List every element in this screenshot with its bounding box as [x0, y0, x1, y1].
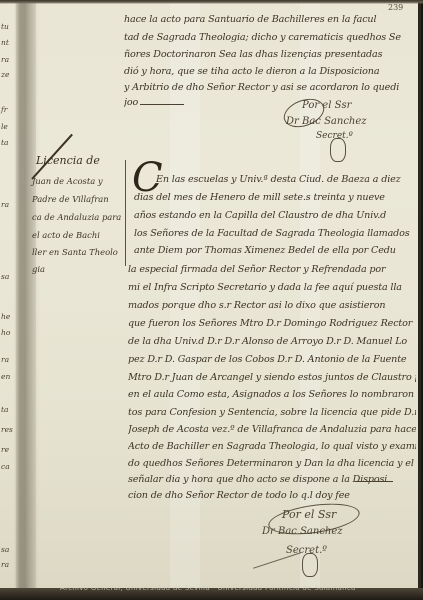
margin-note-line: ller en Santa Theolo	[32, 247, 118, 257]
fragment: ho	[1, 328, 10, 337]
line-filler-rule	[355, 481, 393, 482]
fragment: le	[1, 122, 8, 131]
fragment: ta	[1, 405, 9, 414]
archive-watermark: Archivo General, Universidad de Sevilla …	[60, 584, 370, 594]
text-line: la especial firmada del Señor Rector y R…	[128, 264, 416, 275]
text-line: ñores Doctorinaron Sea las dhas lizençia…	[124, 49, 416, 60]
margin-note-line: el acto de Bachi	[32, 230, 100, 240]
text-line: tad de Sagrada Theologia; dicho y carema…	[124, 32, 416, 43]
text-line: En las escuelas y Univ.ª desta Ciud. de …	[156, 174, 416, 185]
fragment: sa	[1, 545, 9, 554]
signature-line: Por el Ssr	[282, 508, 336, 521]
text-line: Acto de Bachiller en Sagrada Theologia, …	[128, 441, 416, 452]
text-line: en el aula Como esta, Asignados a los Se…	[128, 389, 416, 400]
text-line: dias del mes de Henero de mill sete.s tr…	[134, 192, 416, 203]
book-gutter-shadow	[16, 0, 36, 594]
margin-note-line: Padre de Villafran	[32, 194, 109, 204]
text-line: pez D.r D. Gaspar de los Cobos D.r D. An…	[128, 354, 416, 365]
signature-rubric	[330, 138, 346, 162]
text-line: ante Diem por Thomas Ximenez Bedel de el…	[134, 245, 416, 256]
text-line: cion de dho Señor Rector de todo lo q.l …	[128, 490, 368, 501]
fragment: he	[1, 312, 10, 321]
signature-line: Por el Ssr	[302, 100, 351, 111]
text-line: años estando en la Capilla del Claustro …	[134, 210, 416, 221]
folio-number: 239	[388, 3, 403, 12]
text-line: los Señores de la Facultad de Sagrada Th…	[134, 228, 416, 239]
signature-stroke	[253, 552, 301, 569]
text-line: hace la acto para Santuario de Bachiller…	[124, 14, 416, 25]
scan-top-edge	[0, 0, 423, 4]
signature-line: Dr Bac Sanchez	[262, 526, 343, 537]
fragment: ca	[1, 462, 10, 471]
text-line: do quedhos Señores Determinaron y Dan la…	[128, 458, 416, 469]
signature-line: Dr Bac Sanchez	[286, 116, 367, 127]
fragment: ze	[1, 70, 9, 79]
text-line: que fueron los Señores Mtro D.r Domingo …	[128, 318, 416, 329]
margin-note-line: Juan de Acosta y	[32, 176, 103, 186]
fragment: tu	[1, 22, 9, 31]
fragment: ra	[1, 355, 9, 364]
text-line: de la dha Univ.d D.r D.r Alonso de Arroy…	[128, 336, 416, 347]
text-line: Mtro D.r Juan de Arcangel y siendo estos…	[128, 372, 416, 383]
text-line: dió y hora, que se tiha acto le dieron a…	[124, 66, 416, 77]
text-line: señalar dia y hora que dho acto se dispo…	[128, 474, 416, 485]
fragment: ta	[1, 138, 9, 147]
margin-note-line: gia	[32, 264, 45, 274]
fragment: sa	[1, 272, 9, 281]
fragment: re	[1, 445, 9, 454]
margin-note: Licencia de Juan de Acosta y Padre de Vi…	[28, 150, 130, 268]
fragment: fr	[1, 105, 7, 114]
text-line: tos para Confesion y Sentencia, sobre la…	[128, 407, 416, 418]
text-line: joo	[124, 97, 154, 108]
fragment: ra	[1, 55, 9, 64]
line-filler-rule	[140, 104, 184, 105]
fragment: ra	[1, 560, 9, 569]
fragment: nt	[1, 38, 9, 47]
manuscript-page: 239 tu nt ra ze fr le ta ra sa he ho ra …	[0, 0, 421, 594]
signature-rubric	[302, 553, 318, 577]
fragment: res	[1, 425, 13, 434]
fragment: en	[1, 372, 10, 381]
text-line: mados porque dho s.r Rector asi lo dixo …	[128, 300, 416, 311]
facing-page-fragments: tu nt ra ze fr le ta ra sa he ho ra en t…	[0, 0, 18, 594]
text-line: mi el Infra Scripto Secretario y dada la…	[128, 282, 416, 293]
margin-note-line: ca de Andaluzia para	[32, 212, 121, 222]
text-line: Joseph de Acosta vez.º de Villafranca de…	[128, 424, 416, 435]
text-line: y Arbitrio de dho Señor Rector y asi se …	[124, 82, 416, 93]
fragment: ra	[1, 200, 9, 209]
